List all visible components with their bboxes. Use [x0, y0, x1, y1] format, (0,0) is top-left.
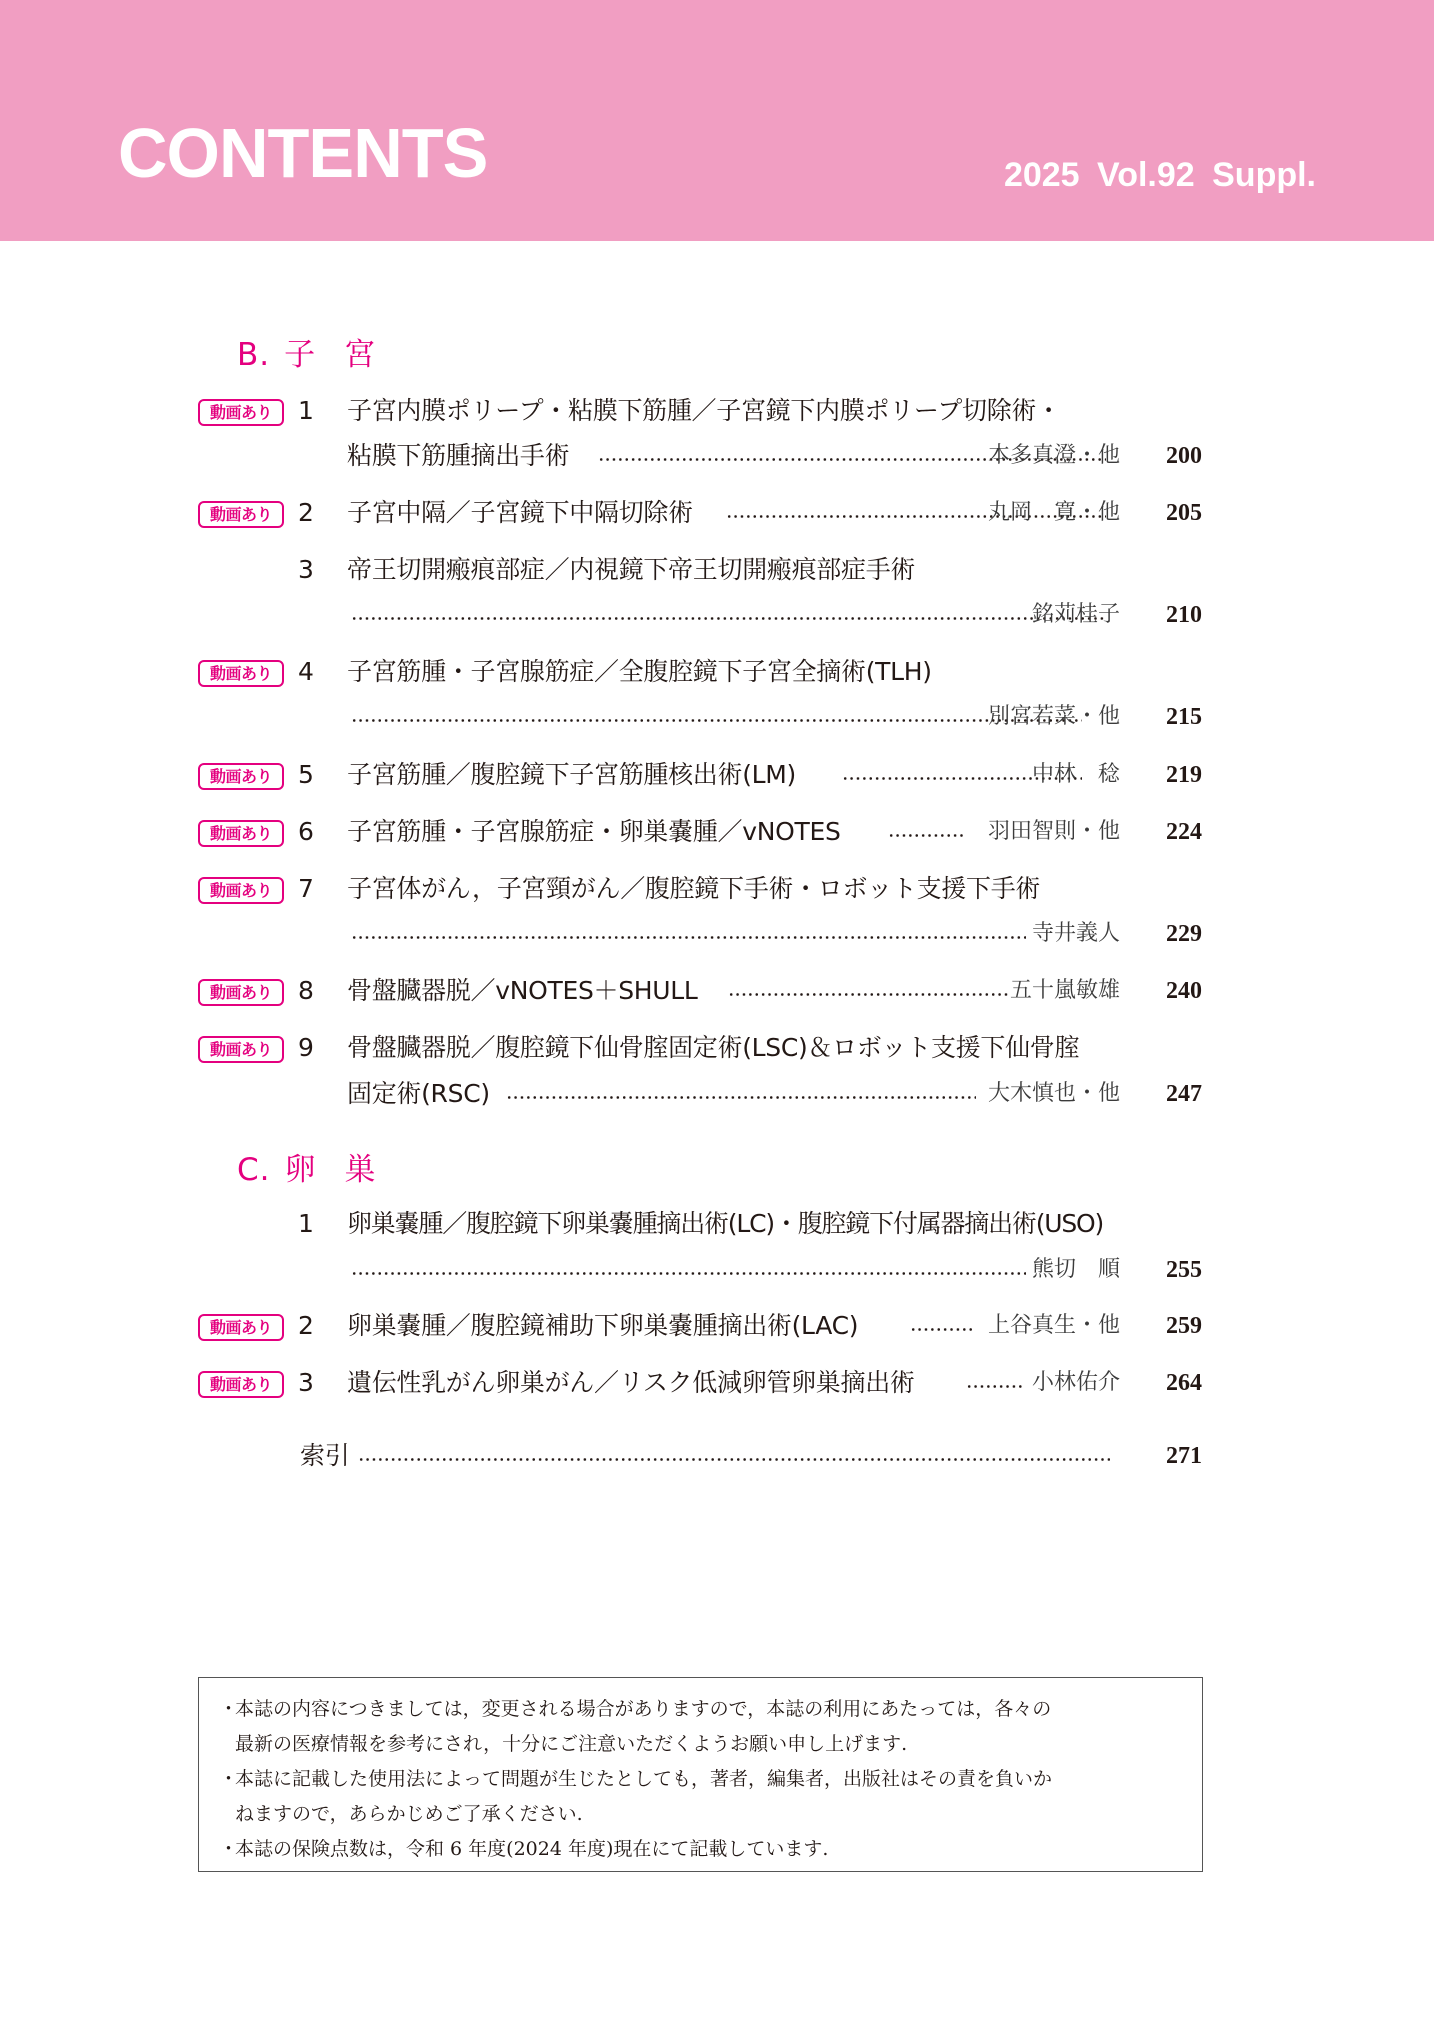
- section-char: 巣: [345, 1152, 377, 1188]
- video-badge: 動画あり: [198, 501, 284, 528]
- toc-entry-continuation: 粘膜下筋腫摘出手術 本多真澄・他 200: [0, 441, 1434, 477]
- toc-entry-continuation: 寺井義人 229: [0, 919, 1434, 955]
- entry-page[interactable]: 215: [1166, 702, 1202, 732]
- page-title: CONTENTS: [118, 118, 487, 188]
- entry-title[interactable]: 子宮筋腫／腹腔鏡下子宮筋腫核出術(LM): [347, 760, 796, 790]
- dot-leader: [352, 1441, 1116, 1471]
- issue-label: 2025 Vol.92 Suppl.: [1004, 158, 1316, 192]
- index-page[interactable]: 271: [1166, 1441, 1202, 1471]
- dot-leader: [345, 600, 1112, 630]
- entry-page[interactable]: 205: [1166, 498, 1202, 528]
- entry-page[interactable]: 229: [1166, 919, 1202, 949]
- video-badge: 動画あり: [198, 660, 284, 687]
- dot-leader: [722, 976, 1014, 1006]
- header-banner: CONTENTS 2025 Vol.92 Suppl.: [0, 0, 1434, 241]
- entry-author: 別宮若菜・他: [988, 702, 1120, 732]
- video-badge: 動画あり: [198, 1371, 284, 1398]
- entry-title[interactable]: 子宮筋腫・子宮腺筋症／全腹腔鏡下子宮全摘術(TLH): [347, 657, 932, 687]
- entry-page[interactable]: 259: [1166, 1311, 1202, 1341]
- entry-author: 小林佑介: [1032, 1368, 1120, 1398]
- entry-title[interactable]: 子宮内膜ポリープ・粘膜下筋腫／子宮鏡下内膜ポリープ切除術・: [347, 396, 1061, 426]
- entry-number: 5: [298, 760, 314, 790]
- entry-author: 大木慎也・他: [988, 1079, 1120, 1109]
- section-char: 宮: [344, 337, 376, 373]
- toc-entry[interactable]: 動画あり 6 子宮筋腫・子宮腺筋症・卵巣嚢腫／vNOTES 羽田智則・他 224: [0, 817, 1434, 853]
- toc-entry-continuation: 別宮若菜・他 215: [0, 702, 1434, 738]
- entry-title[interactable]: 帝王切開瘢痕部症／内視鏡下帝王切開瘢痕部症手術: [347, 555, 915, 585]
- notice-box: ・ 本誌の内容につきましては，変更される場合がありますので，本誌の利用にあたって…: [198, 1677, 1203, 1872]
- notice-line: 本誌に記載した使用法によって問題が生じたとしても，著者，編集者，出版社はその責を…: [235, 1762, 1182, 1797]
- section-title-c: C.卵巣: [237, 1155, 377, 1186]
- dot-leader: [345, 1255, 1032, 1285]
- entry-page[interactable]: 240: [1166, 976, 1202, 1006]
- toc-entry[interactable]: 1 卵巣嚢腫／腹腔鏡下卵巣嚢腫摘出術(LC)・腹腔鏡下付属器摘出術(USO): [0, 1209, 1434, 1245]
- toc-entry-continuation: 銘苅桂子 210: [0, 600, 1434, 636]
- video-badge: 動画あり: [198, 877, 284, 904]
- entry-number: 1: [298, 1209, 314, 1239]
- notice-item: ・ 本誌の内容につきましては，変更される場合がありますので，本誌の利用にあたって…: [219, 1692, 1182, 1762]
- entry-title[interactable]: 骨盤臓器脱／vNOTES＋SHULL: [347, 976, 698, 1006]
- entry-number: 1: [298, 396, 314, 426]
- entry-title-line2[interactable]: 固定術(RSC): [347, 1079, 490, 1109]
- section-char: 子: [284, 337, 316, 373]
- toc-entry[interactable]: 動画あり 8 骨盤臓器脱／vNOTES＋SHULL 五十嵐敏雄 240: [0, 976, 1434, 1012]
- entry-page[interactable]: 255: [1166, 1255, 1202, 1285]
- entry-number: 2: [298, 1311, 314, 1341]
- entry-author: 銘苅桂子: [1032, 600, 1120, 630]
- toc-entry[interactable]: 動画あり 2 子宮中隔／子宮鏡下中隔切除術 丸岡 寛・他 205: [0, 498, 1434, 534]
- entry-author: 本多真澄・他: [988, 441, 1120, 471]
- entry-author: 羽田智則・他: [988, 817, 1120, 847]
- entry-title[interactable]: 子宮筋腫・子宮腺筋症・卵巣嚢腫／vNOTES: [347, 817, 841, 847]
- section-letter: C.: [237, 1152, 271, 1188]
- video-badge: 動画あり: [198, 399, 284, 426]
- entry-page[interactable]: 219: [1166, 760, 1202, 790]
- bullet: ・: [219, 1762, 238, 1797]
- entry-title[interactable]: 卵巣嚢腫／腹腔鏡下卵巣嚢腫摘出術(LC)・腹腔鏡下付属器摘出術(USO): [347, 1209, 1103, 1239]
- toc-entry-continuation: 固定術(RSC) 大木慎也・他 247: [0, 1079, 1434, 1115]
- entry-number: 4: [298, 657, 314, 687]
- entry-author: 上谷真生・他: [988, 1311, 1120, 1341]
- notice-line: 本誌の内容につきましては，変更される場合がありますので，本誌の利用にあたっては，…: [235, 1692, 1182, 1727]
- notice-line: ねますので，あらかじめご了承ください.: [235, 1797, 1182, 1832]
- entry-title[interactable]: 子宮中隔／子宮鏡下中隔切除術: [347, 498, 693, 528]
- bullet: ・: [219, 1832, 238, 1867]
- dot-leader: [500, 1079, 982, 1109]
- index-label[interactable]: 索引: [300, 1441, 349, 1471]
- entry-title[interactable]: 骨盤臓器脱／腹腔鏡下仙骨腟固定術(LSC)＆ロボット支援下仙骨腟: [347, 1033, 1079, 1063]
- toc-entry-continuation: 熊切 順 255: [0, 1255, 1434, 1291]
- toc-entry[interactable]: 動画あり 4 子宮筋腫・子宮腺筋症／全腹腔鏡下子宮全摘術(TLH): [0, 657, 1434, 693]
- entry-page[interactable]: 247: [1166, 1079, 1202, 1109]
- entry-author: 丸岡 寛・他: [988, 498, 1120, 528]
- entry-author: 熊切 順: [1032, 1255, 1120, 1285]
- entry-page[interactable]: 200: [1166, 441, 1202, 471]
- entry-title-line2[interactable]: 粘膜下筋腫摘出手術: [347, 441, 569, 471]
- video-badge: 動画あり: [198, 1314, 284, 1341]
- entry-number: 3: [298, 1368, 314, 1398]
- toc-entry[interactable]: 動画あり 5 子宮筋腫／腹腔鏡下子宮筋腫核出術(LM) 中林 稔 219: [0, 760, 1434, 796]
- section-title-b: B.子宮: [237, 340, 376, 371]
- entry-number: 2: [298, 498, 314, 528]
- dot-leader: [345, 702, 1088, 732]
- entry-number: 7: [298, 874, 314, 904]
- toc-entry[interactable]: 動画あり 3 遺伝性乳がん卵巣がん／リスク低減卵管卵巣摘出術 小林佑介 264: [0, 1368, 1434, 1404]
- entry-number: 8: [298, 976, 314, 1006]
- entry-author: 寺井義人: [1032, 919, 1120, 949]
- notice-item: ・ 本誌に記載した使用法によって問題が生じたとしても，著者，編集者，出版社はその…: [219, 1762, 1182, 1832]
- toc-entry[interactable]: 3 帝王切開瘢痕部症／内視鏡下帝王切開瘢痕部症手術: [0, 555, 1434, 591]
- section-letter: B.: [237, 337, 270, 373]
- entry-number: 3: [298, 555, 314, 585]
- notice-line: 最新の医療情報を参考にされ，十分にご注意いただくようお願い申し上げます.: [235, 1727, 1182, 1762]
- toc-entry[interactable]: 動画あり 2 卵巣嚢腫／腹腔鏡補助下卵巣嚢腫摘出術(LAC) 上谷真生・他 25…: [0, 1311, 1434, 1347]
- toc-entry[interactable]: 動画あり 9 骨盤臓器脱／腹腔鏡下仙骨腟固定術(LSC)＆ロボット支援下仙骨腟: [0, 1033, 1434, 1069]
- video-badge: 動画あり: [198, 820, 284, 847]
- dot-leader: [960, 1368, 1030, 1398]
- notice-line: 本誌の保険点数は，令和 6 年度(2024 年度)現在にて記載しています.: [235, 1832, 1182, 1867]
- dot-leader: [904, 1311, 978, 1341]
- toc-index-entry[interactable]: 索引 271: [0, 1441, 1434, 1477]
- entry-title[interactable]: 遺伝性乳がん卵巣がん／リスク低減卵管卵巣摘出術: [347, 1368, 915, 1398]
- entry-author: 中林 稔: [1032, 760, 1120, 790]
- video-badge: 動画あり: [198, 979, 284, 1006]
- entry-page[interactable]: 210: [1166, 600, 1202, 630]
- entry-title[interactable]: 子宮体がん，子宮頸がん／腹腔鏡下手術・ロボット支援下手術: [347, 874, 1040, 904]
- entry-title[interactable]: 卵巣嚢腫／腹腔鏡補助下卵巣嚢腫摘出術(LAC): [347, 1311, 858, 1341]
- toc-entry[interactable]: 動画あり 1 子宮内膜ポリープ・粘膜下筋腫／子宮鏡下内膜ポリープ切除術・: [0, 396, 1434, 432]
- entry-number: 6: [298, 817, 314, 847]
- video-badge: 動画あり: [198, 1036, 284, 1063]
- section-char: 卵: [285, 1152, 317, 1188]
- dot-leader: [345, 919, 1032, 949]
- entry-number: 9: [298, 1033, 314, 1063]
- entry-page[interactable]: 224: [1166, 817, 1202, 847]
- dot-leader: [882, 817, 970, 847]
- entry-page[interactable]: 264: [1166, 1368, 1202, 1398]
- toc-entry[interactable]: 動画あり 7 子宮体がん，子宮頸がん／腹腔鏡下手術・ロボット支援下手術: [0, 874, 1434, 910]
- bullet: ・: [219, 1692, 238, 1727]
- video-badge: 動画あり: [198, 763, 284, 790]
- entry-author: 五十嵐敏雄: [1010, 976, 1120, 1006]
- notice-item: ・ 本誌の保険点数は，令和 6 年度(2024 年度)現在にて記載しています.: [219, 1832, 1182, 1867]
